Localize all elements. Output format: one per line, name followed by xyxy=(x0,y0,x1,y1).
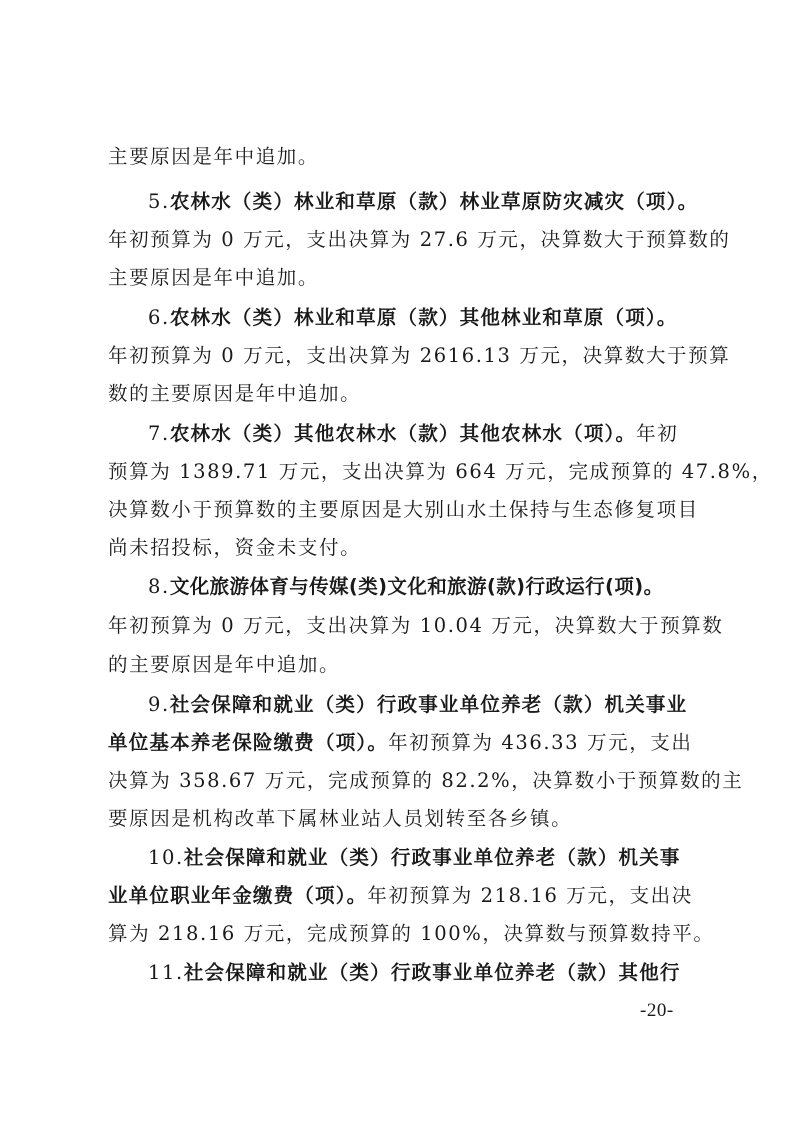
item-title: 社会保障和就业（类）行政事业单位养老（款）其他行 xyxy=(184,961,681,984)
item-11-heading: 11.社会保障和就业（类）行政事业单位养老（款）其他行 xyxy=(148,961,728,985)
item-number: 6. xyxy=(148,306,170,329)
paragraph-line: 预算为 1389.71 万元，支出决算为 664 万元，完成预算的 47.8%， xyxy=(108,460,688,484)
item-text: 年初预算为 218.16 万元，支出决 xyxy=(367,884,693,907)
paragraph-line: 主要原因是年中追加。 xyxy=(108,266,688,290)
paragraph-line: 算为 218.16 万元，完成预算的 100%，决算数与预算数持平。 xyxy=(108,922,688,946)
item-title: 农林水（类）林业和草原（款）其他林业和草原（项）。 xyxy=(170,306,678,329)
item-7-heading: 7.农林水（类）其他农林水（款）其他农林水（项）。年初 xyxy=(148,422,728,446)
item-title: 业单位职业年金缴费（项）。 xyxy=(108,884,367,907)
paragraph-line: 单位基本养老保险缴费（项）。年初预算为 436.33 万元，支出 xyxy=(108,731,688,755)
paragraph-line: 业单位职业年金缴费（项）。年初预算为 218.16 万元，支出决 xyxy=(108,884,688,908)
item-8-heading: 8.文化旅游体育与传媒(类)文化和旅游(款)行政运行(项)。 xyxy=(148,575,728,599)
document-page: 主要原因是年中追加。 5.农林水（类）林业和草原（款）林业草原防灾减灾（项）。 … xyxy=(0,0,793,1122)
paragraph-line: 年初预算为 0 万元，支出决算为 27.6 万元，决算数大于预算数的 xyxy=(108,228,688,252)
item-number: 11. xyxy=(148,961,184,984)
paragraph-line: 年初预算为 0 万元，支出决算为 10.04 万元，决算数大于预算数 xyxy=(108,614,688,638)
paragraph-line: 的主要原因是年中追加。 xyxy=(108,653,688,677)
item-text: 年初预算为 436.33 万元，支出 xyxy=(388,731,692,754)
paragraph-line: 要原因是机构改革下属林业站人员划转至各乡镇。 xyxy=(108,807,688,831)
paragraph-line: 决算数小于预算数的主要原因是大别山水土保持与生态修复项目 xyxy=(108,498,688,522)
item-title: 文化旅游体育与传媒(类)文化和旅游(款)行政运行(项)。 xyxy=(170,575,664,598)
item-5-heading: 5.农林水（类）林业和草原（款）林业草原防灾减灾（项）。 xyxy=(148,190,728,214)
item-number: 10. xyxy=(148,846,184,869)
item-title: 社会保障和就业（类）行政事业单位养老（款）机关事业 xyxy=(170,693,688,716)
paragraph-line: 尚未招投标，资金未支付。 xyxy=(108,536,688,560)
item-title: 社会保障和就业（类）行政事业单位养老（款）机关事 xyxy=(184,846,681,869)
paragraph-line: 数的主要原因是年中追加。 xyxy=(108,382,688,406)
paragraph-line: 年初预算为 0 万元，支出决算为 2616.13 万元，决算数大于预算 xyxy=(108,344,688,368)
item-number: 9. xyxy=(148,693,170,716)
item-number: 8. xyxy=(148,575,170,598)
item-title: 农林水（类）林业和草原（款）林业草原防灾减灾（项）。 xyxy=(170,190,698,213)
item-6-heading: 6.农林水（类）林业和草原（款）其他林业和草原（项）。 xyxy=(148,306,728,330)
item-9-heading: 9.社会保障和就业（类）行政事业单位养老（款）机关事业 xyxy=(148,693,728,717)
item-title: 单位基本养老保险缴费（项）。 xyxy=(108,731,388,754)
item-number: 7. xyxy=(148,422,170,445)
paragraph-line: 决算为 358.67 万元，完成预算的 82.2%，决算数小于预算数的主 xyxy=(108,769,688,793)
item-title: 农林水（类）其他农林水（款）其他农林水（项）。 xyxy=(170,422,636,445)
item-number: 5. xyxy=(148,190,170,213)
paragraph-line: 主要原因是年中追加。 xyxy=(108,145,688,169)
item-10-heading: 10.社会保障和就业（类）行政事业单位养老（款）机关事 xyxy=(148,846,728,870)
page-number: -20- xyxy=(640,1000,674,1022)
item-text: 年初 xyxy=(636,422,678,445)
